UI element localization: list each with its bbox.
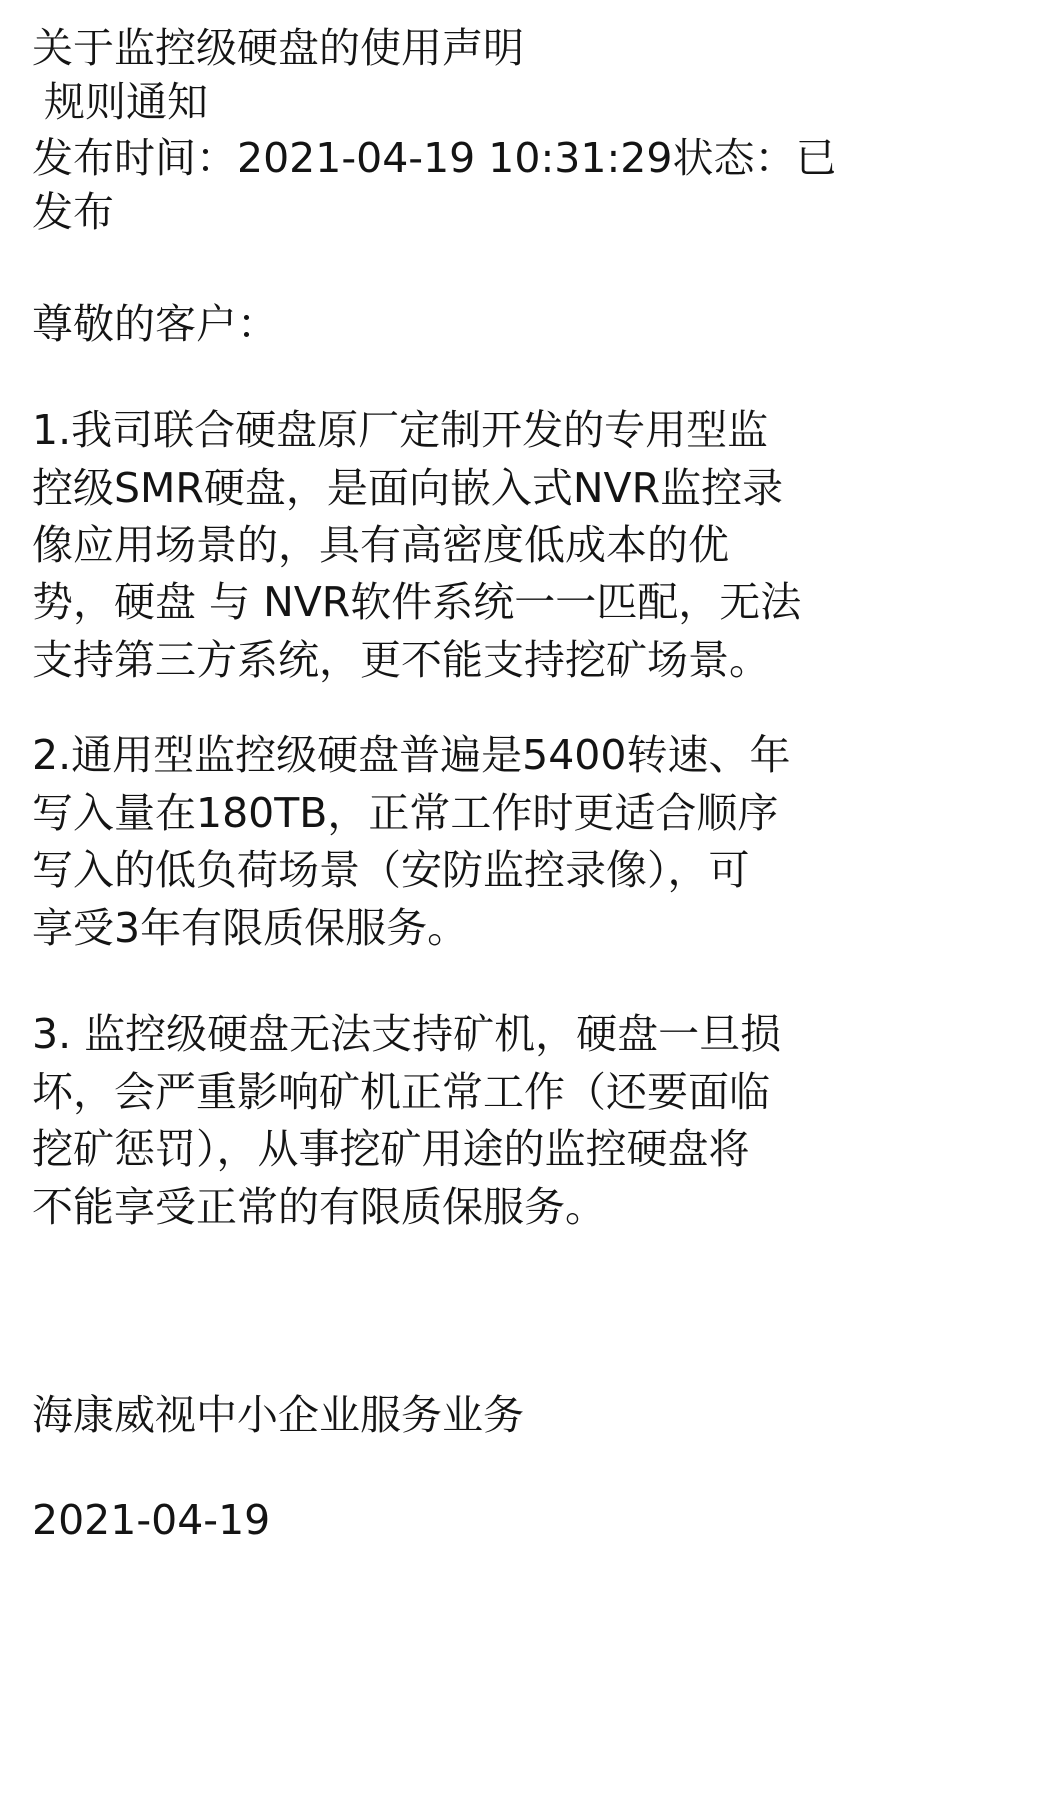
paragraph-line: 支持第三方系统，更不能支持挖矿场景。 (32, 634, 770, 686)
paragraph-line: 1.我司联合硬盘原厂定制开发的专用型监 (32, 404, 768, 456)
paragraph-line: 写入的低负荷场景（安防监控录像），可 (32, 844, 750, 896)
paragraph-line: 控级SMR硬盘，是面向嵌入式NVR监控录 (32, 462, 783, 514)
paragraph-line: 写入量在180TB，正常工作时更适合顺序 (32, 787, 778, 839)
publish-meta-line-2: 发布 (32, 186, 114, 238)
signature-date: 2021-04-19 (32, 1494, 270, 1546)
publish-meta-line-1: 发布时间：2021-04-19 10:31:29状态：已 (32, 132, 836, 184)
signature: 海康威视中小企业服务业务 (32, 1389, 524, 1441)
paragraph-line: 2.通用型监控级硬盘普遍是5400转速、年 (32, 729, 790, 781)
paragraph-line: 3. 监控级硬盘无法支持矿机，硬盘一旦损 (32, 1008, 781, 1060)
paragraph-line: 不能享受正常的有限质保服务。 (32, 1181, 606, 1233)
paragraph-line: 像应用场景的，具有高密度低成本的优 (32, 519, 729, 571)
paragraph-line: 坏，会严重影响矿机正常工作（还要面临 (32, 1066, 770, 1118)
document-title: 关于监控级硬盘的使用声明 (32, 22, 524, 74)
document-category: 规则通知 (44, 76, 208, 128)
paragraph-line: 挖矿惩罚），从事挖矿用途的监控硬盘将 (32, 1123, 750, 1175)
paragraph-line: 享受3年有限质保服务。 (32, 902, 468, 954)
greeting: 尊敬的客户： (32, 298, 278, 350)
paragraph-line: 势，硬盘 与 NVR软件系统一一匹配，无法 (32, 576, 801, 628)
